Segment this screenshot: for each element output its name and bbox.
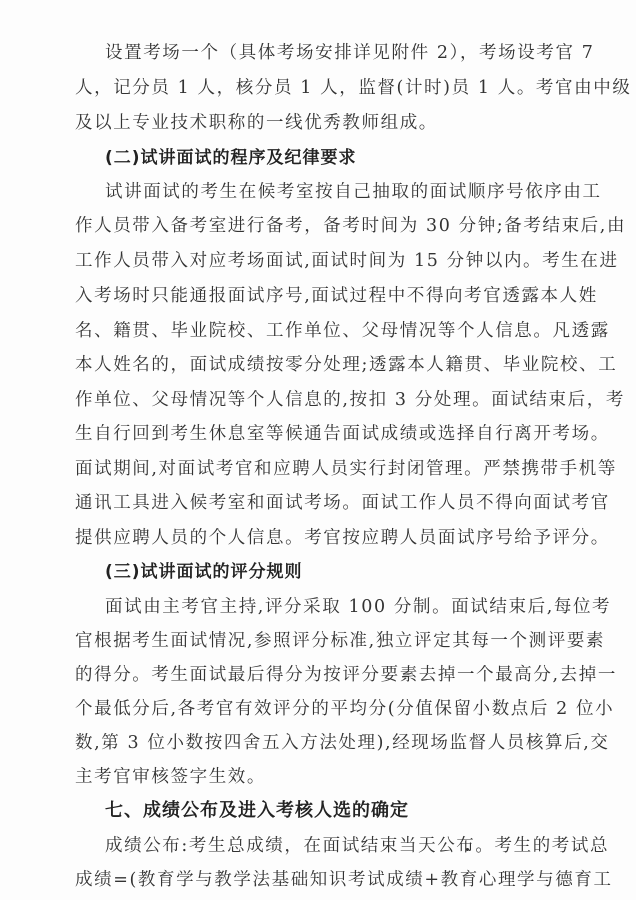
subheading-scoring-rules: (三)试讲面试的评分规则 (105, 561, 605, 583)
paragraph-3-line-2: 官根据考生面试情况,参照评分标准,独立评定其每一个测评要素 (75, 630, 575, 652)
paragraph-2-line-11: 提供应聘人员的个人信息。考官按应聘人员面试序号给予评分。 (75, 527, 575, 549)
section-heading-results: 七、成绩公布及进入考核人选的确定 (105, 800, 605, 822)
paragraph-3-line-3: 的得分。考生面试最后得分为按评分要素去掉一个最高分,去掉一 (75, 664, 575, 686)
paragraph-2-line-1: 试讲面试的考生在候考室按自己抽取的面试顺序号依序由工 (105, 181, 605, 203)
paragraph-4-line-2: 成绩=(教育学与教学法基础知识考试成绩+教育心理学与德育工 (75, 869, 575, 891)
paragraph-2-line-3: 工作人员带入对应考场面试,面试时间为 15 分钟以内。考生在进 (75, 250, 575, 272)
paragraph-4-line-1: 成绩公布:考生总成绩，在面试结束当天公布。考生的考试总 (105, 835, 605, 857)
paragraph-2-line-10: 通讯工具进入候考室和面试考场。面试工作人员不得向面试考官 (75, 492, 575, 514)
paragraph-2-line-9: 面试期间,对面试考官和应聘人员实行封闭管理。严禁携带手机等 (75, 458, 575, 480)
paragraph-1-line-1: 设置考场一个（具体考场安排详见附件 2），考场设考官 7 (105, 42, 605, 64)
paragraph-3-line-1: 面试由主考官主持,评分采取 100 分制。面试结束后,每位考 (105, 596, 605, 618)
paragraph-3-line-4: 个最低分后,各考官有效评分的平均分(分值保留小数点后 2 位小 (75, 698, 575, 720)
paragraph-2-line-7: 作单位、父母情况等个人信息的,按扣 3 分处理。面试结束后，考 (75, 389, 575, 411)
paragraph-2-line-2: 作人员带入备考室进行备考，备考时间为 30 分钟;备考结束后,由 (75, 215, 575, 237)
paragraph-2-line-8: 生自行回到考生休息室等候通告面试成绩或选择自行离开考场。 (75, 423, 575, 445)
paragraph-3-line-5: 数,第 3 位小数按四舍五入方法处理),经现场监督人员核算后,交 (75, 732, 575, 754)
document-page: 设置考场一个（具体考场安排详见附件 2），考场设考官 7 人，记分员 1 人，核… (0, 0, 636, 900)
paragraph-2-line-4: 入考场时只能通报面试序号,面试过程中不得向考官透露本人姓 (75, 285, 575, 307)
paragraph-1-line-3: 及以上专业技术职称的一线优秀教师组成。 (75, 112, 575, 134)
paragraph-3-line-6: 主考官审核签字生效。 (75, 766, 575, 788)
subheading-procedure: (二)试讲面试的程序及纪律要求 (105, 147, 605, 169)
scan-speck (466, 848, 469, 851)
paragraph-2-line-6: 本人姓名的，面试成绩按零分处理;透露本人籍贯、毕业院校、工 (75, 354, 575, 376)
paragraph-2-line-5: 名、籍贯、毕业院校、工作单位、父母情况等个人信息。凡透露 (75, 320, 575, 342)
paragraph-1-line-2: 人，记分员 1 人，核分员 1 人，监督(计时)员 1 人。考官由中级 (75, 77, 575, 99)
